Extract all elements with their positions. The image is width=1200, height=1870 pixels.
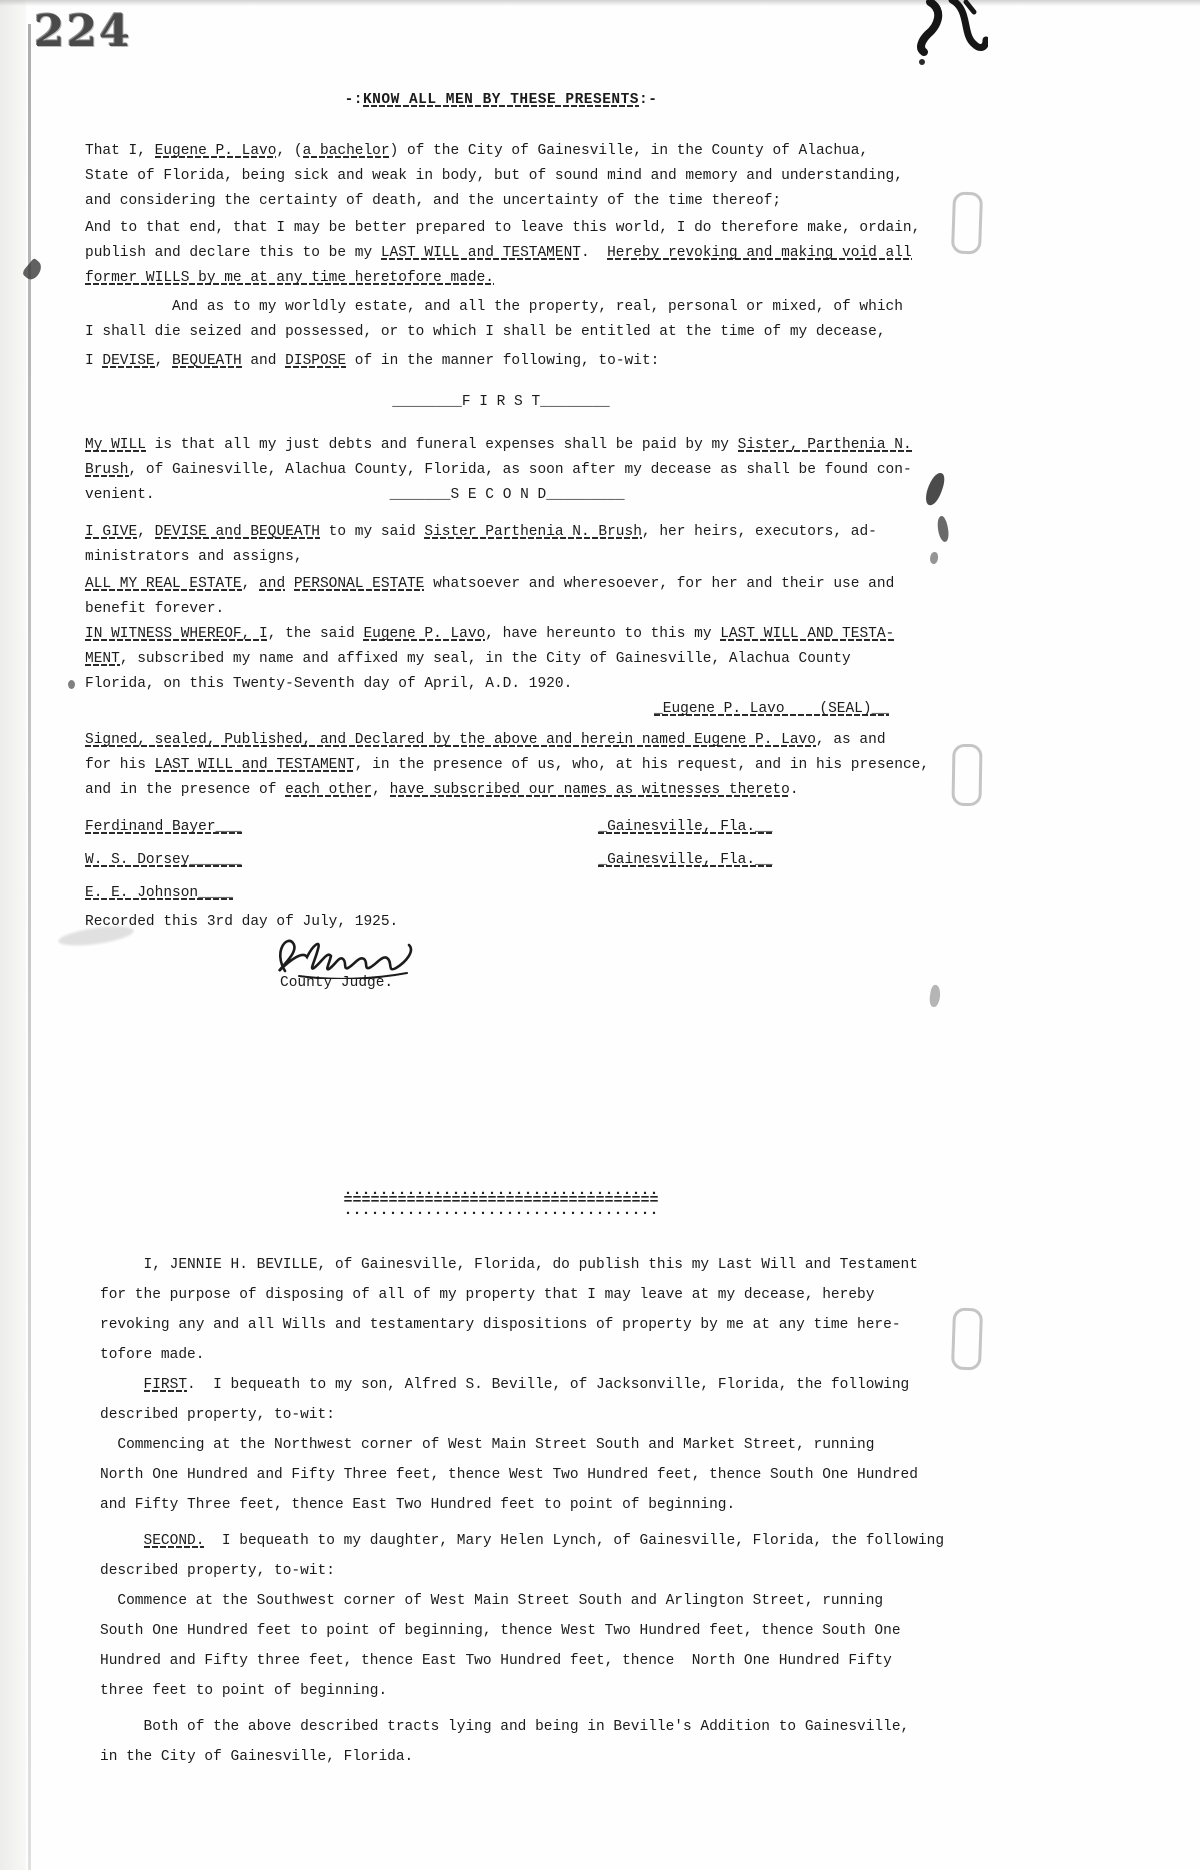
text-line: Brush, of Gainesville, Alachua County, F…	[85, 458, 917, 483]
text-segment	[100, 1377, 144, 1393]
text-line: My WILL is that all my just debts and fu…	[85, 433, 917, 458]
paragraph-declaration: That I, Eugene P. Lavo, (a bachelor) of …	[85, 139, 917, 214]
scan-edge-line	[28, 24, 31, 1870]
ink-smudge	[930, 552, 938, 564]
text-segment: I shall die seized and possessed, or to …	[85, 324, 886, 340]
text-segment: Brush	[85, 462, 129, 478]
binder-hole	[951, 191, 983, 254]
text-segment: Signed, sealed, Published, and Declared …	[85, 732, 816, 748]
text-line: Florida, on this Twenty-Seventh day of A…	[85, 672, 917, 697]
text-segment: Florida, on this Twenty-Seventh day of A…	[85, 676, 572, 692]
text-line: W. S. Dorsey______ _Gainesville, Fla.__	[85, 844, 917, 877]
witness-signatures: Ferdinand Bayer___ _Gainesville, Fla.__W…	[85, 811, 917, 910]
paragraph-attestation: Signed, sealed, Published, and Declared …	[85, 728, 917, 803]
section-divider: ................................... ====…	[85, 1186, 917, 1216]
text-segment: I GIVE	[85, 524, 137, 540]
text-segment: South One Hundred feet to point of begin…	[100, 1623, 901, 1639]
text-segment: State of Florida, being sick and weak in…	[85, 168, 903, 184]
text-segment: , as and	[816, 732, 886, 748]
text-segment: and	[242, 353, 286, 369]
text-line: ________F I R S T________	[85, 390, 917, 415]
binder-hole	[951, 1307, 983, 1370]
text-segment: DISPOSE	[285, 353, 346, 369]
text-line: benefit forever.	[85, 597, 917, 622]
text-segment: and Fifty Three feet, thence East Two Hu…	[100, 1497, 735, 1513]
text-line: venient. _______S E C O N D_________	[85, 483, 917, 508]
text-segment: , in the presence of us, who, at his req…	[355, 757, 929, 773]
text-line: described property, to-wit:	[100, 1556, 917, 1586]
text-segment: whatsoever and wheresoever, for her and …	[424, 576, 894, 592]
text-line: Hundred and Fifty three feet, thence Eas…	[100, 1646, 917, 1676]
text-segment: former WILLS by me at any time heretofor…	[85, 270, 494, 286]
text-segment: County Judge.	[280, 975, 393, 991]
text-segment: North One Hundred and Fifty Three feet, …	[100, 1467, 918, 1483]
text-segment: for the purpose of disposing of all of m…	[100, 1287, 874, 1303]
text-segment: FIRST	[144, 1377, 188, 1393]
text-segment: PERSONAL ESTATE	[294, 576, 425, 592]
paragraph-beville-both-tracts: Both of the above described tracts lying…	[100, 1712, 917, 1772]
text-segment: , of Gainesville, Alachua County, Florid…	[129, 462, 912, 478]
text-line: for his LAST WILL and TESTAMENT, in the …	[85, 753, 917, 778]
text-line: SECOND. I bequeath to my daughter, Mary …	[100, 1526, 917, 1556]
text-segment: I, JENNIE H. BEVILLE, of Gainesville, Fl…	[100, 1257, 918, 1273]
text-line: I GIVE, DEVISE and BEQUEATH to my said S…	[85, 520, 917, 545]
text-segment: DEVISE	[102, 353, 154, 369]
text-segment: Recorded this 3rd day of July, 1925.	[85, 914, 398, 930]
text-segment: Commencing at the Northwest corner of We…	[100, 1437, 874, 1453]
text-segment: E. E. Johnson____	[85, 885, 233, 901]
text-segment	[242, 819, 599, 835]
text-line: Commence at the Southwest corner of West…	[100, 1586, 917, 1616]
paragraph-beville-first: FIRST. I bequeath to my son, Alfred S. B…	[100, 1370, 917, 1430]
text-segment: is that all my just debts and funeral ex…	[146, 437, 738, 453]
text-line: former WILLS by me at any time heretofor…	[85, 266, 917, 291]
ink-smudge	[935, 515, 950, 543]
text-segment: for his	[85, 757, 155, 773]
text-line: Signed, sealed, Published, and Declared …	[85, 728, 917, 753]
text-line: County Judge.	[280, 971, 917, 996]
text-segment: Commence at the Southwest corner of West…	[100, 1593, 883, 1609]
text-segment: _Gainesville, Fla.__	[598, 852, 772, 868]
text-segment: Sister Parthenia N. Brush	[424, 524, 642, 540]
text-line: ministrators and assigns,	[85, 545, 917, 570]
text-line: ALL MY REAL ESTATE, and PERSONAL ESTATE …	[85, 572, 917, 597]
text-line: Both of the above described tracts lying…	[100, 1712, 917, 1742]
text-line: And as to my worldly estate, and all the…	[85, 295, 917, 320]
text-segment: W. S. Dorsey______	[85, 852, 242, 868]
text-line: _Eugene P. Lavo (SEAL)__	[85, 697, 889, 722]
paragraph-revocation: And to that end, that I may be better pr…	[85, 216, 917, 291]
text-line: I, JENNIE H. BEVILLE, of Gainesville, Fl…	[100, 1250, 917, 1280]
binder-hole	[951, 744, 982, 807]
text-line: in the City of Gainesville, Florida.	[100, 1742, 917, 1772]
text-segment: Hereby revoking and making void all	[607, 245, 912, 261]
text-segment: in the City of Gainesville, Florida.	[100, 1749, 413, 1765]
text-segment: _Eugene P. Lavo (SEAL)__	[654, 701, 889, 717]
text-line: And to that end, that I may be better pr…	[85, 216, 917, 241]
text-segment: _______S E C O N D_________	[390, 487, 625, 503]
text-segment: and	[259, 576, 285, 592]
text-segment: revoking any and all Wills and testament…	[100, 1317, 901, 1333]
text-segment: ) of the City of Gainesville, in the Cou…	[390, 143, 869, 159]
paragraph-real-estate: ALL MY REAL ESTATE, and PERSONAL ESTATE …	[85, 572, 917, 622]
text-line: North One Hundred and Fifty Three feet, …	[100, 1460, 917, 1490]
text-line: described property, to-wit:	[100, 1400, 917, 1430]
text-line: E. E. Johnson____	[85, 877, 917, 910]
text-segment: described property, to-wit:	[100, 1407, 335, 1423]
text-line: Ferdinand Bayer___ _Gainesville, Fla.__	[85, 811, 917, 844]
ink-scribble-top-right	[878, 0, 988, 70]
text-line: IN WITNESS WHEREOF, I, the said Eugene P…	[85, 622, 917, 647]
text-segment: And as to my worldly estate, and all the…	[85, 299, 903, 315]
scanned-will-page: 224 -:KNOW ALL MEN BY THESE PRESENTS:- T…	[0, 0, 1200, 1870]
text-segment: ,	[137, 524, 154, 540]
text-line: Commencing at the Northwest corner of We…	[100, 1430, 917, 1460]
paragraph-beville-tract1: Commencing at the Northwest corner of We…	[100, 1430, 917, 1520]
text-segment	[242, 852, 599, 868]
text-segment: :-	[639, 92, 657, 108]
ink-mark	[68, 680, 75, 689]
scan-edge-top	[0, 0, 1200, 6]
text-segment: ALL MY REAL ESTATE	[85, 576, 242, 592]
text-segment: Hundred and Fifty three feet, thence Eas…	[100, 1653, 892, 1669]
heading-first: ________F I R S T________	[85, 390, 917, 415]
text-segment: ,	[242, 576, 259, 592]
text-line: South One Hundred feet to point of begin…	[100, 1616, 917, 1646]
text-line: and in the presence of each other, have …	[85, 778, 917, 803]
scan-left-margin	[0, 0, 26, 1870]
text-segment: Ferdinand Bayer___	[85, 819, 242, 835]
text-line: I DEVISE, BEQUEATH and DISPOSE of in the…	[85, 349, 917, 374]
text-segment: -:	[345, 92, 363, 108]
text-segment: and in the presence of	[85, 782, 285, 798]
text-segment: Sister, Parthenia N.	[738, 437, 912, 453]
paragraph-beville-declaration: I, JENNIE H. BEVILLE, of Gainesville, Fl…	[100, 1250, 917, 1370]
text-segment: venient.	[85, 487, 155, 503]
text-line: That I, Eugene P. Lavo, (a bachelor) of …	[85, 139, 917, 164]
text-segment: Eugene P. Lavo	[363, 626, 485, 642]
divider-dots: ...................................	[85, 1206, 917, 1216]
ink-smudge	[923, 471, 947, 508]
text-segment: DEVISE and BEQUEATH	[155, 524, 320, 540]
text-line: -:KNOW ALL MEN BY THESE PRESENTS:-	[85, 88, 917, 113]
text-line: FIRST. I bequeath to my son, Alfred S. B…	[100, 1370, 917, 1400]
text-segment: Eugene P. Lavo	[155, 143, 277, 159]
recorded-line: Recorded this 3rd day of July, 1925.	[85, 910, 917, 935]
paragraph-beville-tract2: Commence at the Southwest corner of West…	[100, 1586, 917, 1706]
text-segment: I bequeath to my daughter, Mary Helen Ly…	[204, 1533, 944, 1549]
heading-second-line: venient. _______S E C O N D_________	[85, 483, 917, 508]
text-segment: ministrators and assigns,	[85, 549, 303, 565]
text-segment: , have hereunto to this my	[485, 626, 720, 642]
text-segment: Both of the above described tracts lying…	[100, 1719, 909, 1735]
text-segment	[285, 576, 294, 592]
text-segment: of in the manner following, to-wit:	[346, 353, 659, 369]
text-segment: And to that end, that I may be better pr…	[85, 220, 920, 236]
text-segment: My WILL	[85, 437, 146, 453]
text-segment: That I,	[85, 143, 155, 159]
text-segment: .	[581, 245, 607, 261]
paragraph-first-clause: My WILL is that all my just debts and fu…	[85, 433, 917, 483]
text-segment: publish and declare this to be my	[85, 245, 381, 261]
text-segment: KNOW ALL MEN BY THESE PRESENTS	[363, 92, 639, 108]
text-segment: . I bequeath to my son, Alfred S. Bevill…	[187, 1377, 909, 1393]
text-segment: tofore made.	[100, 1347, 204, 1363]
text-segment: LAST WILL and TESTAMENT	[155, 757, 355, 773]
text-segment: .	[790, 782, 799, 798]
text-segment: SECOND.	[144, 1533, 205, 1549]
text-line: and considering the certainty of death, …	[85, 189, 917, 214]
text-segment: BEQUEATH	[172, 353, 242, 369]
text-segment: , (	[276, 143, 302, 159]
text-line: three feet to point of beginning.	[100, 1676, 917, 1706]
text-segment: described property, to-wit:	[100, 1563, 335, 1579]
text-line: Recorded this 3rd day of July, 1925.	[85, 910, 917, 935]
text-line: revoking any and all Wills and testament…	[100, 1310, 917, 1340]
text-segment: , subscribed my name and affixed my seal…	[120, 651, 851, 667]
text-segment: a bachelor	[303, 143, 390, 159]
text-line: publish and declare this to be my LAST W…	[85, 241, 917, 266]
text-segment: and considering the certainty of death, …	[85, 193, 781, 209]
text-segment: _Gainesville, Fla.__	[598, 819, 772, 835]
text-segment: , her heirs, executors, ad-	[642, 524, 877, 540]
text-segment: have subscribed our names as witnesses t…	[390, 782, 790, 798]
text-segment	[100, 1533, 144, 1549]
text-line: MENT, subscribed my name and affixed my …	[85, 647, 917, 672]
text-segment: to my said	[320, 524, 424, 540]
text-segment: three feet to point of beginning.	[100, 1683, 387, 1699]
text-segment: I	[85, 353, 102, 369]
text-segment: IN WITNESS WHEREOF, I	[85, 626, 268, 642]
text-segment: LAST WILL AND TESTA-	[720, 626, 894, 642]
paragraph-devise: I DEVISE, BEQUEATH and DISPOSE of in the…	[85, 349, 917, 374]
paragraph-second-clause: I GIVE, DEVISE and BEQUEATH to my said S…	[85, 520, 917, 570]
text-segment: benefit forever.	[85, 601, 224, 617]
testator-signature-line: _Eugene P. Lavo (SEAL)__	[85, 697, 917, 722]
text-line: tofore made.	[100, 1340, 917, 1370]
paragraph-witness-whereof: IN WITNESS WHEREOF, I, the said Eugene P…	[85, 622, 917, 697]
will-beville: I, JENNIE H. BEVILLE, of Gainesville, Fl…	[85, 1250, 917, 1772]
text-segment: LAST WILL and TESTAMENT	[381, 245, 581, 261]
document-body: -:KNOW ALL MEN BY THESE PRESENTS:- That …	[85, 88, 917, 1772]
text-segment: ,	[155, 353, 172, 369]
text-segment: MENT	[85, 651, 120, 667]
paragraph-beville-second: SECOND. I bequeath to my daughter, Mary …	[100, 1526, 917, 1586]
text-segment: each other	[285, 782, 372, 798]
text-segment: , the said	[268, 626, 364, 642]
paragraph-estate: And as to my worldly estate, and all the…	[85, 295, 917, 345]
text-line: and Fifty Three feet, thence East Two Hu…	[100, 1490, 917, 1520]
page-number: 224	[34, 6, 132, 57]
text-segment	[155, 487, 390, 503]
text-line: for the purpose of disposing of all of m…	[100, 1280, 917, 1310]
text-line: State of Florida, being sick and weak in…	[85, 164, 917, 189]
county-judge-label: County Judge.	[85, 971, 917, 996]
text-segment: ________F I R S T________	[392, 394, 610, 410]
ink-mark	[929, 984, 942, 1007]
document-title: -:KNOW ALL MEN BY THESE PRESENTS:-	[85, 88, 917, 113]
text-segment: ,	[372, 782, 389, 798]
text-line: I shall die seized and possessed, or to …	[85, 320, 917, 345]
